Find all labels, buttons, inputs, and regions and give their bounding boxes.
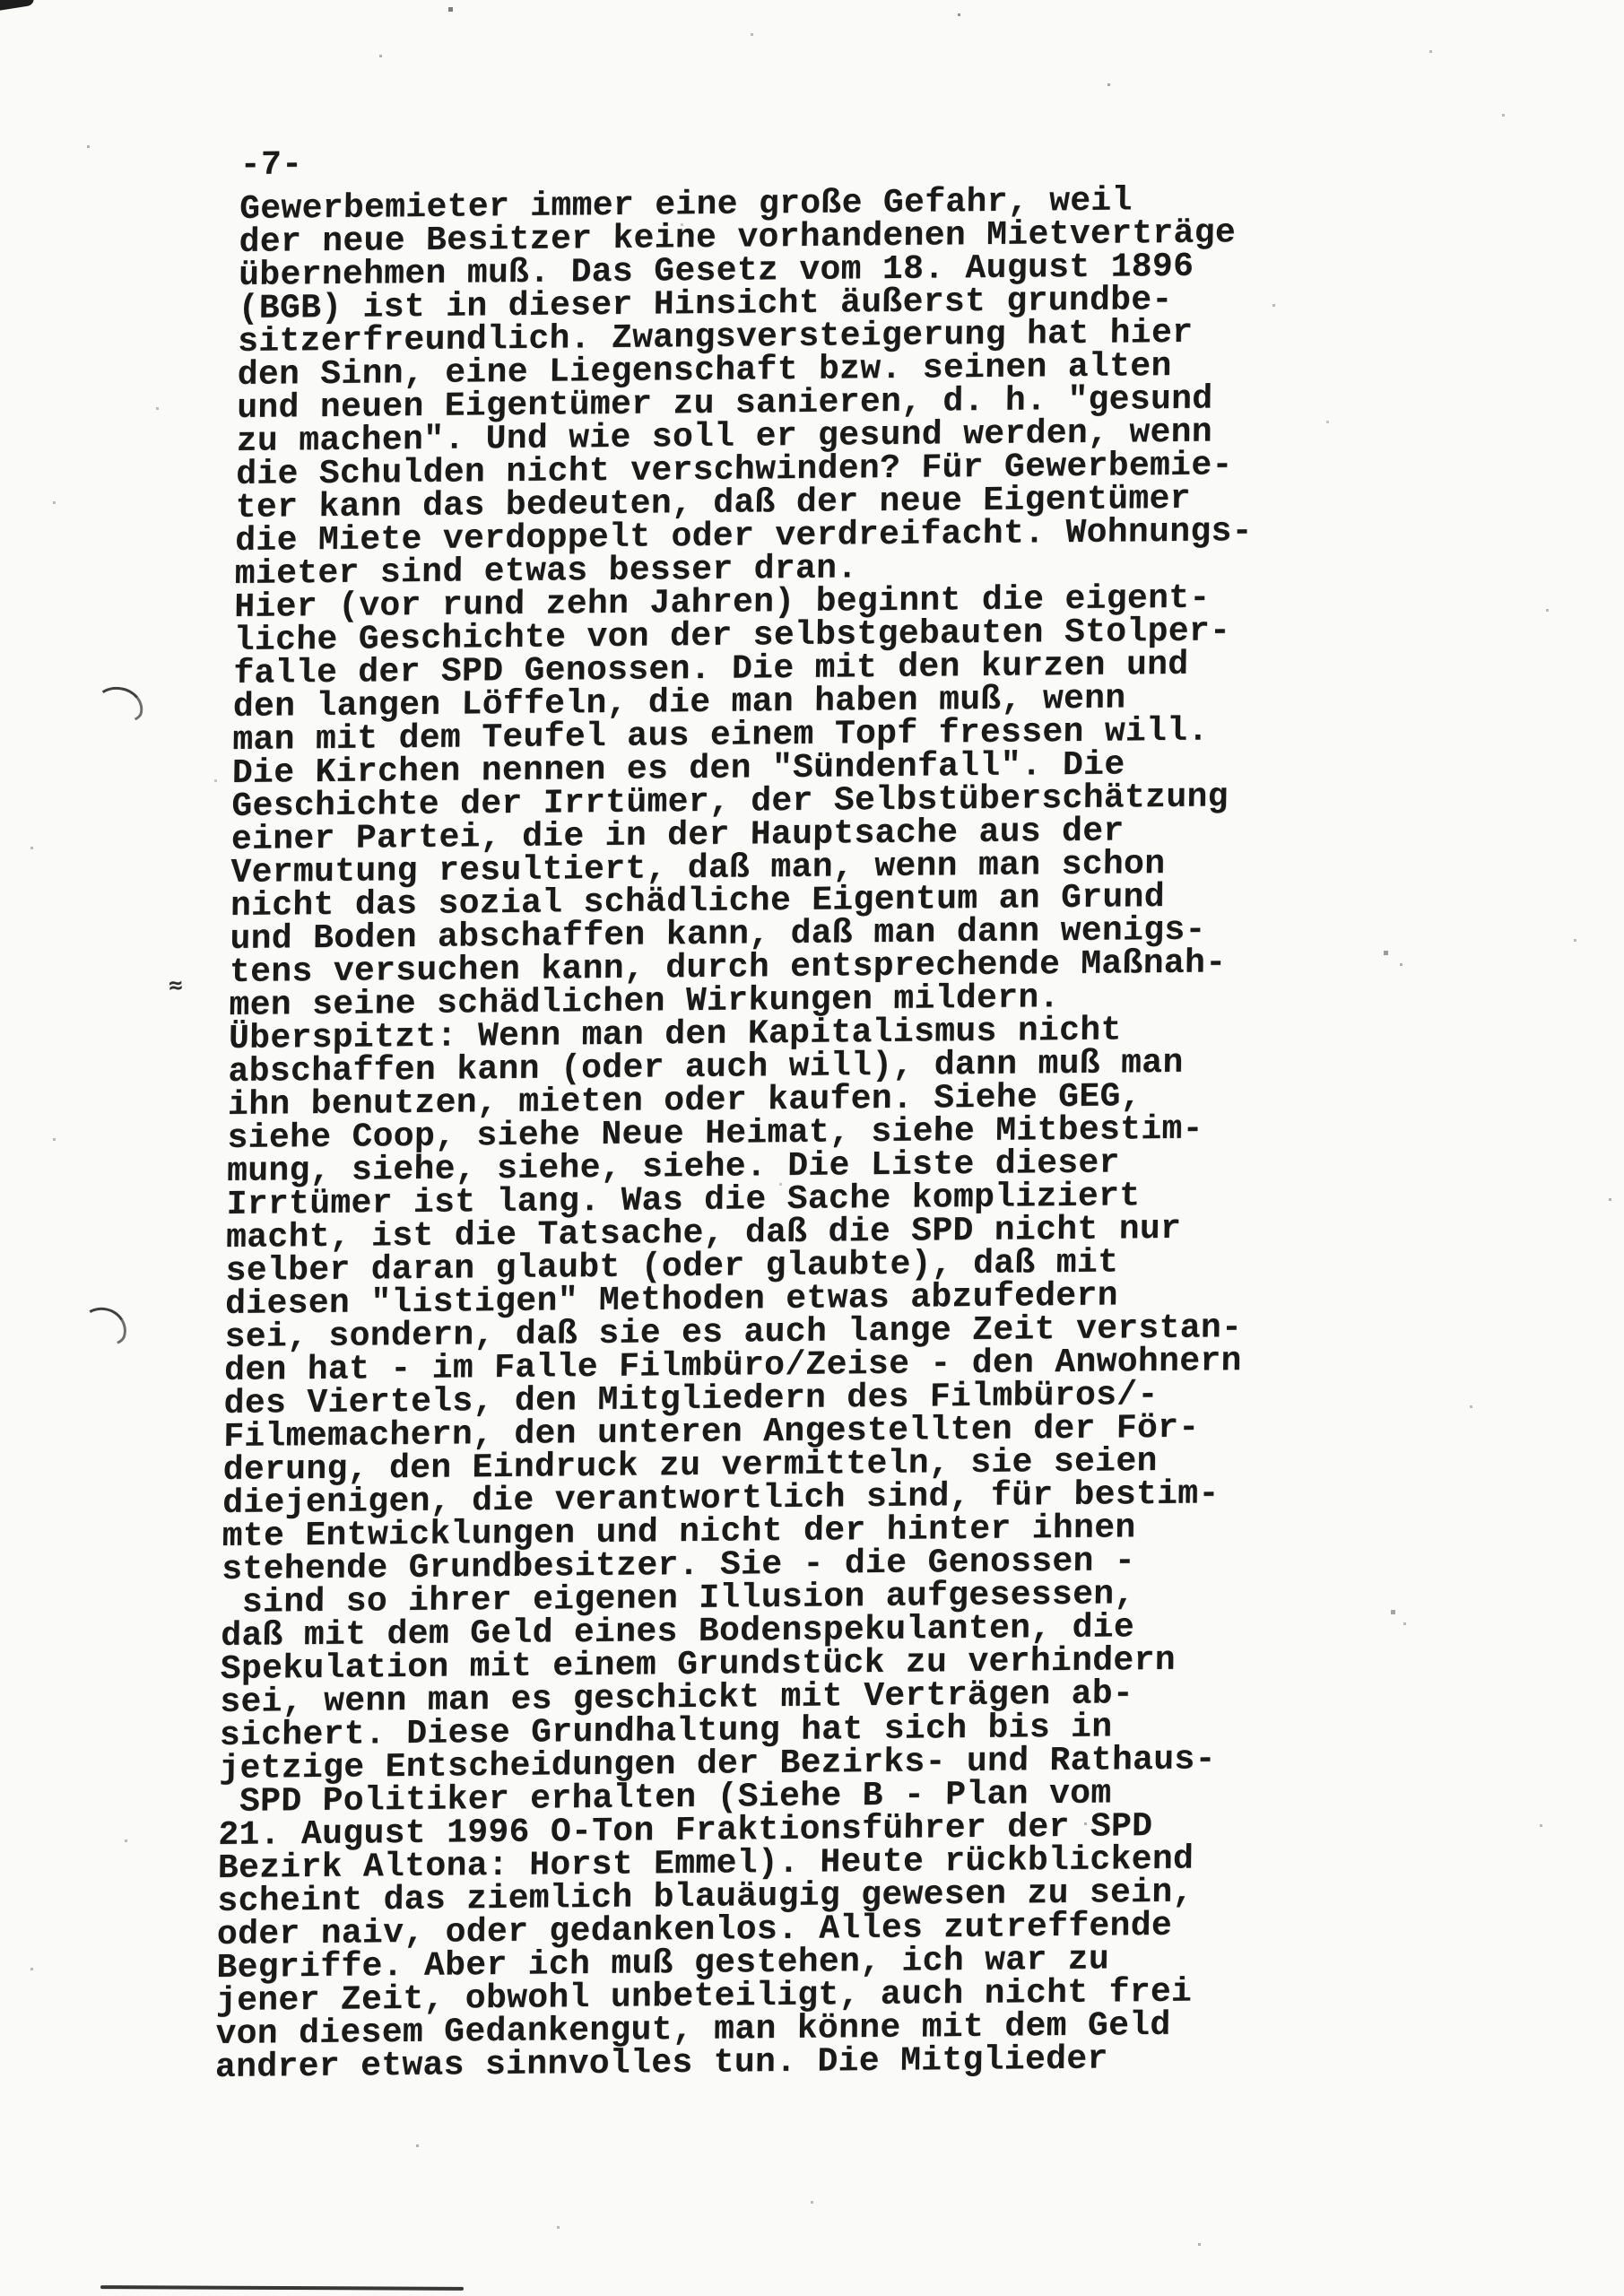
typewritten-text-block: -7- Gewerbemieter immer eine große Gefah… bbox=[215, 139, 1258, 2084]
margin-pen-arc-bottom bbox=[75, 1302, 132, 1351]
text-line: andrer etwas sinnvolles tun. Die Mitglie… bbox=[215, 2041, 1233, 2084]
margin-pen-arc-top bbox=[91, 683, 146, 726]
scanned-document-page: ≈ -7- Gewerbemieter immer eine große Gef… bbox=[0, 0, 1624, 2296]
margin-ink-mark: ≈ bbox=[168, 971, 184, 999]
scan-corner-artifact bbox=[0, 0, 35, 11]
scan-bottom-edge-artifact bbox=[100, 2285, 464, 2291]
document-body-text: Gewerbemieter immer eine große Gefahr, w… bbox=[215, 183, 1257, 2084]
page-number: -7- bbox=[240, 139, 1258, 182]
